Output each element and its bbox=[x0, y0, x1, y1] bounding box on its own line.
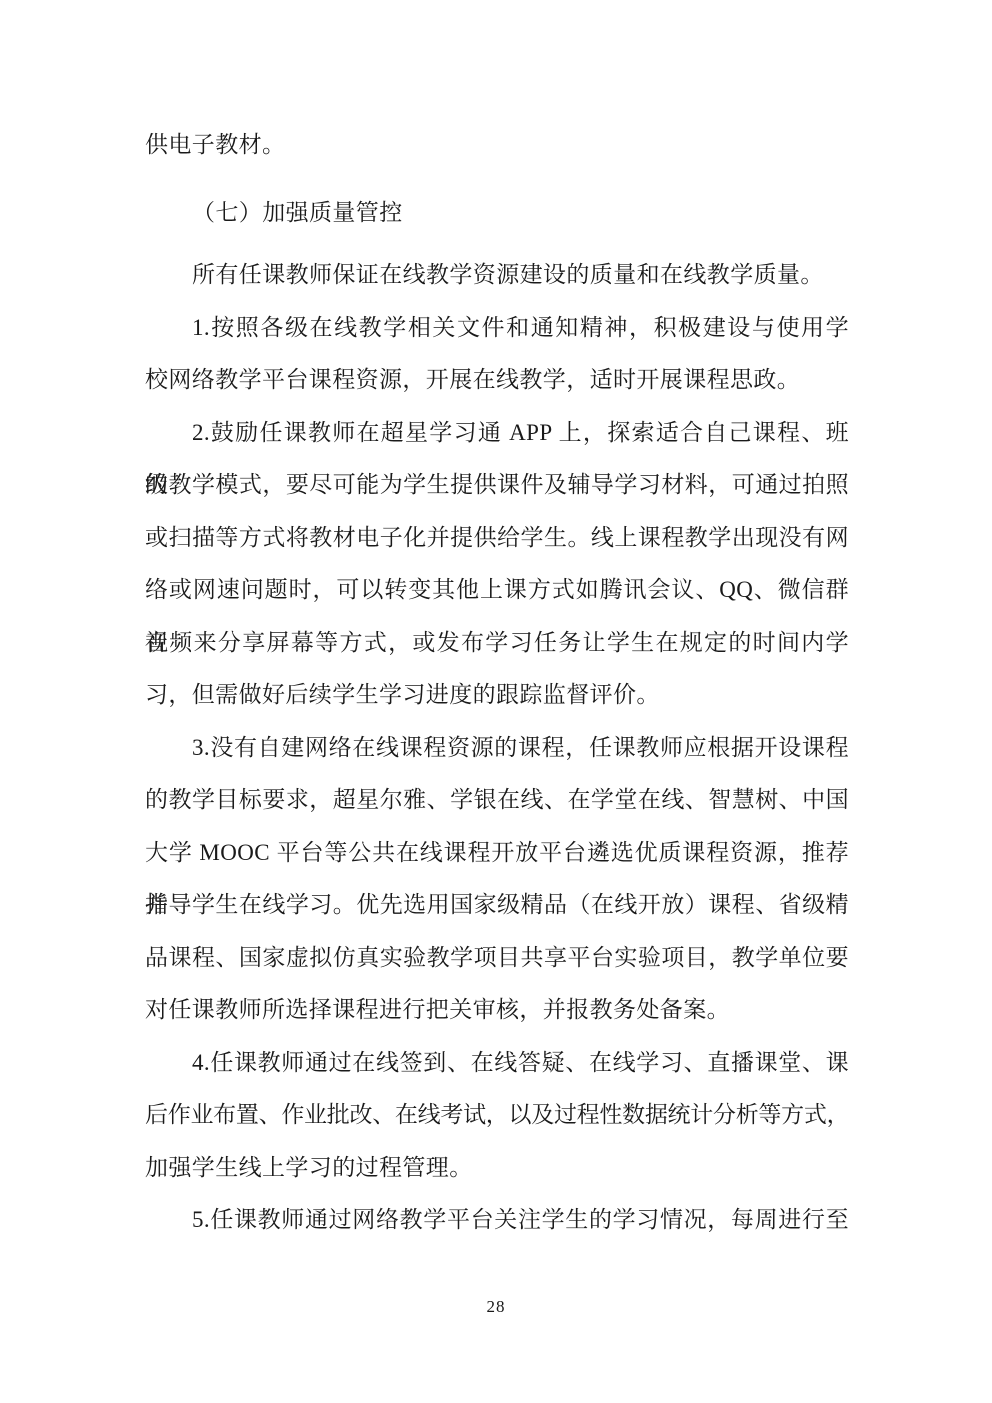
text-line: 络或网速问题时，可以转变其他上课方式如腾讯会议、QQ、微信群音 bbox=[145, 564, 849, 617]
text-line: 品课程、国家虚拟仿真实验教学项目共享平台实验项目，教学单位要 bbox=[145, 932, 849, 985]
text-line: 1.按照各级在线教学相关文件和通知精神，积极建设与使用学 bbox=[145, 302, 849, 355]
text-line: 视频来分享屏幕等方式，或发布学习任务让学生在规定的时间内学 bbox=[145, 617, 849, 670]
text-line: 2.鼓励任课教师在超星学习通 APP 上，探索适合自己课程、班级 bbox=[145, 407, 849, 460]
text-line: 4.任课教师通过在线签到、在线答疑、在线学习、直播课堂、课 bbox=[145, 1037, 849, 1090]
text-line: 的教学模式，要尽可能为学生提供课件及辅导学习材料，可通过拍照 bbox=[145, 459, 849, 512]
text-line: 5.任课教师通过网络教学平台关注学生的学习情况，每周进行至 bbox=[145, 1194, 849, 1247]
text-line: 大学 MOOC 平台等公共在线课程开放平台遴选优质课程资源，推荐并 bbox=[145, 827, 849, 880]
text-line: 的教学目标要求，超星尔雅、学银在线、在学堂在线、智慧树、中国 bbox=[145, 774, 849, 827]
text-line: 习，但需做好后续学生学习进度的跟踪监督评价。 bbox=[145, 669, 849, 722]
page-footer: 28 bbox=[0, 1294, 992, 1320]
document-page: 供电子教材。 （七）加强质量管控 所有任课教师保证在线教学资源建设的质量和在线教… bbox=[0, 0, 992, 1403]
text-line: 对任课教师所选择课程进行把关审核，并报教务处备案。 bbox=[145, 984, 849, 1037]
text-line: 或扫描等方式将教材电子化并提供给学生。线上课程教学出现没有网 bbox=[145, 512, 849, 565]
text-line: 后作业布置、作业批改、在线考试，以及过程性数据统计分析等方式， bbox=[145, 1089, 849, 1142]
page-number: 28 bbox=[487, 1297, 506, 1316]
text-line: 加强学生线上学习的过程管理。 bbox=[145, 1142, 849, 1195]
text-line: 供电子教材。 bbox=[145, 119, 849, 172]
text-line: 指导学生在线学习。优先选用国家级精品（在线开放）课程、省级精 bbox=[145, 879, 849, 932]
document-body: 供电子教材。 （七）加强质量管控 所有任课教师保证在线教学资源建设的质量和在线教… bbox=[145, 119, 849, 1247]
text-line: 3.没有自建网络在线课程资源的课程，任课教师应根据开设课程 bbox=[145, 722, 849, 775]
text-line: 所有任课教师保证在线教学资源建设的质量和在线教学质量。 bbox=[145, 249, 849, 302]
section-heading: （七）加强质量管控 bbox=[145, 187, 849, 240]
text-line: 校网络教学平台课程资源，开展在线教学，适时开展课程思政。 bbox=[145, 354, 849, 407]
